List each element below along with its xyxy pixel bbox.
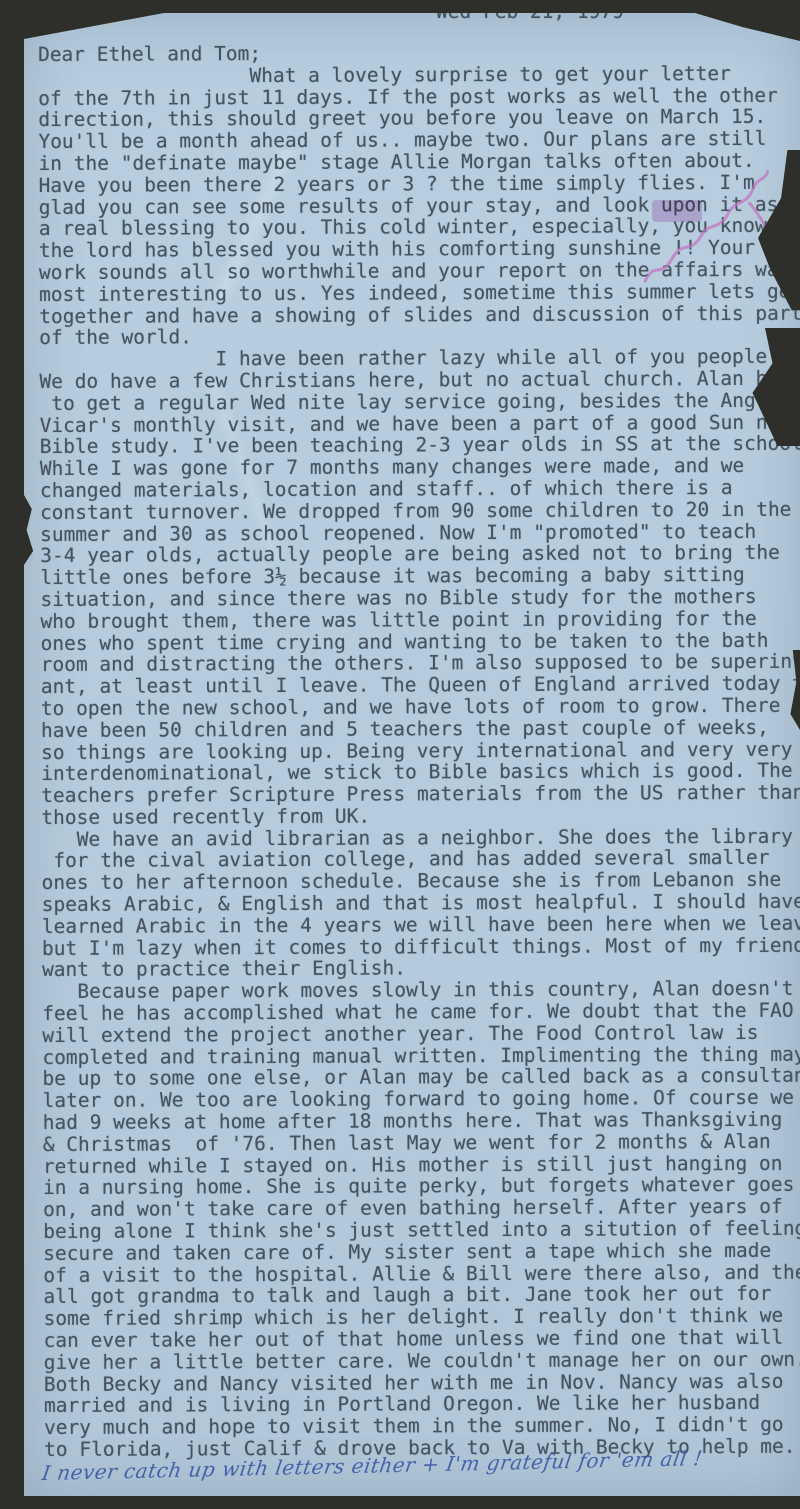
typed-line: together and have a showing of slides an…: [39, 302, 800, 327]
typed-lines: Dear Ethel and Tom; What a lovely surpri…: [38, 41, 800, 1461]
letter-scan: Wed Feb 21, 1979 Dear Ethel and Tom; Wha…: [0, 0, 800, 1509]
typed-line: but I'm lazy when it comes to difficult …: [42, 934, 800, 959]
scan-edge-left: [0, 0, 24, 1509]
scan-edge-bottom: [0, 1496, 800, 1509]
pink-ink-overtrace: [652, 200, 702, 222]
typed-line: teachers prefer Scripture Press material…: [41, 782, 800, 807]
scan-edge-top: [0, 0, 800, 13]
